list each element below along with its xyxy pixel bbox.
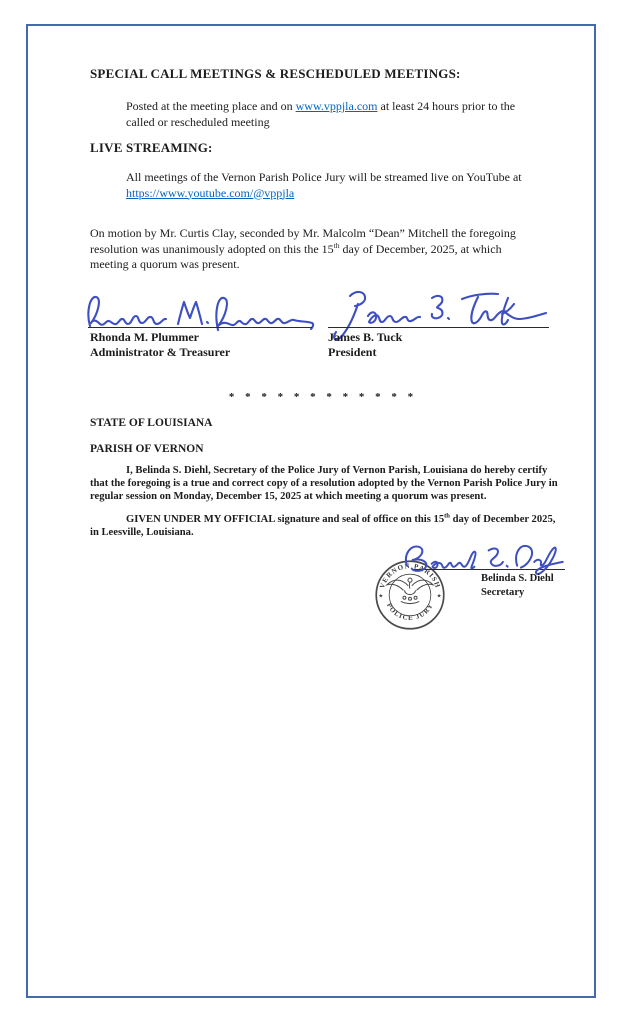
motion-line3: meeting a quorum was present. — [90, 257, 516, 273]
rhonda-plummer-signature — [84, 288, 318, 336]
secretary-title: Secretary — [481, 586, 554, 600]
certification-paragraph: I, Belinda S. Diehl, Secretary of the Po… — [90, 464, 558, 504]
left-signature-line — [88, 327, 312, 328]
seal-star-left-icon: ★ — [378, 592, 383, 599]
vppjla-link[interactable]: www.vppjla.com — [296, 99, 378, 113]
state-line: STATE OF LOUISIANA — [90, 417, 212, 429]
given-line1-pre: GIVEN UNDER MY OFFICIAL signature and se… — [126, 514, 444, 525]
motion-line1: On motion by Mr. Curtis Clay, seconded b… — [90, 226, 516, 242]
given-line1: GIVEN UNDER MY OFFICIAL signature and se… — [90, 513, 555, 526]
motion-line2-pre: resolution was unanimously adopted on th… — [90, 242, 334, 256]
given-line1-post: day of December 2025, — [450, 514, 555, 525]
live-streaming-heading: LIVE STREAMING: — [90, 140, 213, 156]
seal-star-right-icon: ★ — [437, 592, 442, 599]
given-line2: in Leesville, Louisiana. — [90, 526, 555, 539]
motion-line2-post: day of December, 2025, at which — [339, 242, 501, 256]
special-call-line1: Posted at the meeting place and on www.v… — [126, 99, 515, 115]
left-signatory-name: Rhonda M. Plummer — [90, 330, 230, 345]
left-signatory-title: Administrator & Treasurer — [90, 345, 230, 360]
secretary-block: Belinda S. Diehl Secretary — [481, 572, 554, 599]
certification-line3: regular session on Monday, December 15, … — [90, 490, 558, 503]
certification-line1: I, Belinda S. Diehl, Secretary of the Po… — [90, 464, 558, 477]
youtube-link[interactable]: https://www.youtube.com/@vppjla — [126, 186, 294, 200]
secretary-name: Belinda S. Diehl — [481, 572, 554, 586]
right-signatory: James B. Tuck President — [328, 330, 402, 359]
live-streaming-line2: https://www.youtube.com/@vppjla — [126, 186, 522, 202]
live-streaming-line1: All meetings of the Vernon Parish Police… — [126, 170, 522, 186]
special-call-line1-pre: Posted at the meeting place and on — [126, 99, 296, 113]
special-call-line2: called or rescheduled meeting — [126, 115, 515, 131]
live-streaming-paragraph: All meetings of the Vernon Parish Police… — [126, 170, 522, 201]
parish-line: PARISH OF VERNON — [90, 443, 204, 455]
right-signature-line — [328, 327, 549, 328]
right-signatory-name: James B. Tuck — [328, 330, 402, 345]
special-call-line1-post: at least 24 hours prior to the — [378, 99, 516, 113]
asterisk-divider: * * * * * * * * * * * * — [90, 391, 556, 403]
certification-line2: that the foregoing is a true and correct… — [90, 477, 558, 490]
motion-paragraph: On motion by Mr. Curtis Clay, seconded b… — [90, 226, 516, 273]
left-signatory: Rhonda M. Plummer Administrator & Treasu… — [90, 330, 230, 359]
special-call-heading: SPECIAL CALL MEETINGS & RESCHEDULED MEET… — [90, 66, 461, 82]
right-signatory-title: President — [328, 345, 402, 360]
special-call-paragraph: Posted at the meeting place and on www.v… — [126, 99, 515, 130]
seal-bottom-text: POLICE JURY — [385, 602, 435, 622]
motion-line2: resolution was unanimously adopted on th… — [90, 242, 516, 258]
given-paragraph: GIVEN UNDER MY OFFICIAL signature and se… — [90, 513, 555, 539]
document-page: SPECIAL CALL MEETINGS & RESCHEDULED MEET… — [0, 0, 622, 1024]
